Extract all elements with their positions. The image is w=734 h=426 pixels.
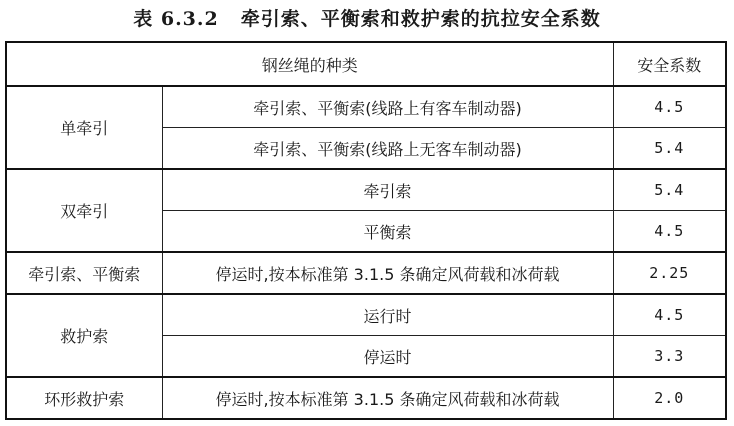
table-caption: 表 6.3.2牵引索、平衡索和救护索的抗拉安全系数 — [0, 4, 734, 31]
description-cell: 平衡索 — [162, 211, 613, 253]
safety-factor-table: 钢丝绳的种类 安全系数 单牵引 牵引索、平衡索(线路上有客车制动器) 4.5 牵… — [5, 41, 727, 420]
value-cell: 3.3 — [613, 336, 726, 378]
value-cell: 2.25 — [613, 252, 726, 294]
table-row: 环形救护索 停运时,按本标准第 3.1.5 条确定风荷载和冰荷载 2.0 — [6, 377, 726, 419]
header-rope-type: 钢丝绳的种类 — [6, 42, 613, 86]
description-cell: 停运时,按本标准第 3.1.5 条确定风荷载和冰荷载 — [162, 252, 613, 294]
category-cell: 单牵引 — [6, 86, 162, 169]
table-number: 表 6.3.2 — [133, 8, 219, 30]
table-row: 牵引索、平衡索 停运时,按本标准第 3.1.5 条确定风荷载和冰荷载 2.25 — [6, 252, 726, 294]
table-title: 牵引索、平衡索和救护索的抗拉安全系数 — [241, 8, 601, 30]
category-cell: 牵引索、平衡索 — [6, 252, 162, 294]
category-cell: 救护索 — [6, 294, 162, 377]
category-cell: 双牵引 — [6, 169, 162, 252]
value-cell: 5.4 — [613, 169, 726, 211]
description-cell: 停运时,按本标准第 3.1.5 条确定风荷载和冰荷载 — [162, 377, 613, 419]
category-cell: 环形救护索 — [6, 377, 162, 419]
description-cell: 牵引索、平衡索(线路上有客车制动器) — [162, 86, 613, 128]
value-cell: 2.0 — [613, 377, 726, 419]
value-cell: 4.5 — [613, 294, 726, 336]
value-cell: 5.4 — [613, 128, 726, 170]
header-safety-factor: 安全系数 — [613, 42, 726, 86]
value-cell: 4.5 — [613, 211, 726, 253]
value-cell: 4.5 — [613, 86, 726, 128]
description-cell: 牵引索 — [162, 169, 613, 211]
header-row: 钢丝绳的种类 安全系数 — [6, 42, 726, 86]
description-cell: 牵引索、平衡索(线路上无客车制动器) — [162, 128, 613, 170]
description-cell: 运行时 — [162, 294, 613, 336]
description-cell: 停运时 — [162, 336, 613, 378]
table-row: 救护索 运行时 4.5 — [6, 294, 726, 336]
table-row: 单牵引 牵引索、平衡索(线路上有客车制动器) 4.5 — [6, 86, 726, 128]
table-row: 双牵引 牵引索 5.4 — [6, 169, 726, 211]
